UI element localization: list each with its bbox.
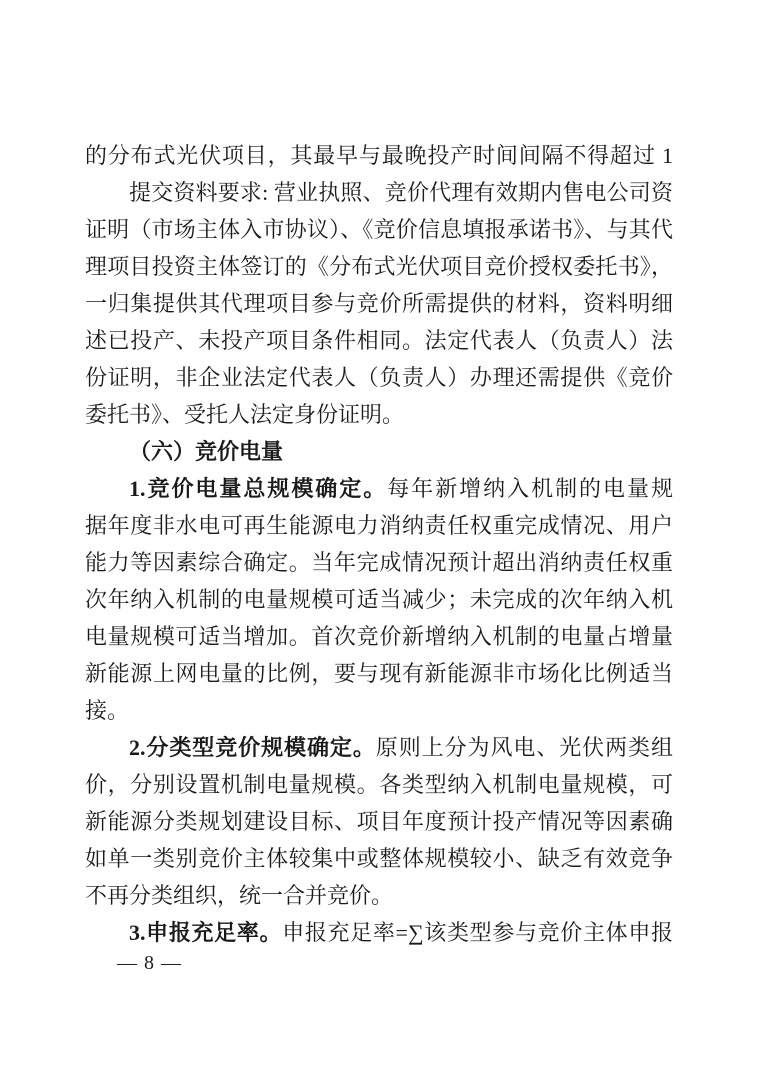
text-line: 述已投产、未投产项目条件相同。法定代表人（负责人）法定身 bbox=[85, 322, 673, 359]
text-line: （六）竞价电量 bbox=[85, 433, 673, 470]
text-line: 电量规模可适当增加。首次竞价新增纳入机制的电量占增量项目 bbox=[85, 618, 673, 655]
text-line: 3.申报充足率。申报充足率=∑该类型参与竞价主体申报机 bbox=[85, 914, 673, 951]
body-text: 据年度非水电可再生能源电力消纳责任权重完成情况、用户承受 bbox=[85, 513, 673, 544]
body-text: 述已投产、未投产项目条件相同。法定代表人（负责人）法定身 bbox=[85, 328, 673, 359]
bold-text: 1.竞价电量总规模确定。 bbox=[129, 476, 387, 501]
bold-text: 3.申报充足率。 bbox=[129, 920, 282, 945]
body-text: 如单一类别竞价主体较集中或整体规模较小、缺乏有效竞争时， bbox=[85, 846, 673, 877]
text-line: 份证明，非企业法定代表人（负责人）办理还需提供《竞价授权 bbox=[85, 359, 673, 396]
text-line: 接。 bbox=[85, 692, 673, 729]
text-line: 委托书》、受托人法定身份证明。 bbox=[85, 396, 673, 433]
text-line: 一归集提供其代理项目参与竞价所需提供的材料，资料明细与上 bbox=[85, 285, 673, 322]
bold-text: （六）竞价电量 bbox=[129, 439, 283, 464]
text-line: 1.竞价电量总规模确定。每年新增纳入机制的电量规模，根 bbox=[85, 470, 673, 507]
body-text: 提交资料要求: 营业执照、竞价代理有效期内售电公司资质 bbox=[85, 180, 673, 211]
text-line: 2.分类型竞价规模确定。原则上分为风电、光伏两类组织竞 bbox=[85, 729, 673, 766]
text-line: 据年度非水电可再生能源电力消纳责任权重完成情况、用户承受 bbox=[85, 507, 673, 544]
body-text: 委托书》、受托人法定身份证明。 bbox=[85, 402, 404, 427]
text-line: 价，分别设置机制电量规模。各类型纳入机制电量规模，可参考 bbox=[85, 766, 673, 803]
document-body: 的分布式光伏项目，其最早与最晚投产时间间隔不得超过 1 年。提交资料要求: 营业… bbox=[85, 137, 673, 951]
body-text: 份证明，非企业法定代表人（负责人）办理还需提供《竞价授权 bbox=[85, 365, 673, 396]
page-number: — 8 — bbox=[117, 952, 182, 975]
body-text: 电量规模可适当增加。首次竞价新增纳入机制的电量占增量项目 bbox=[85, 624, 673, 655]
text-line: 的分布式光伏项目，其最早与最晚投产时间间隔不得超过 1 年。 bbox=[85, 137, 673, 174]
text-line: 如单一类别竞价主体较集中或整体规模较小、缺乏有效竞争时， bbox=[85, 840, 673, 877]
body-text: 接。 bbox=[85, 698, 129, 723]
body-text: 的分布式光伏项目，其最早与最晚投产时间间隔不得超过 1 年。 bbox=[85, 143, 673, 174]
text-line: 理项目投资主体签订的《分布式光伏项目竞价授权委托书》，统 bbox=[85, 248, 673, 285]
text-line: 能力等因素综合确定。当年完成情况预计超出消纳责任权重的， bbox=[85, 544, 673, 581]
text-line: 新能源上网电量的比例，要与现有新能源非市场化比例适当衔 bbox=[85, 655, 673, 692]
body-text: 不再分类组织，统一合并竞价。 bbox=[85, 883, 393, 908]
document-page: 的分布式光伏项目，其最早与最晚投产时间间隔不得超过 1 年。提交资料要求: 营业… bbox=[0, 0, 757, 1069]
body-text: 价，分别设置机制电量规模。各类型纳入机制电量规模，可参考 bbox=[85, 772, 673, 803]
body-text: 一归集提供其代理项目参与竞价所需提供的材料，资料明细与上 bbox=[85, 291, 673, 322]
body-text: 理项目投资主体签订的《分布式光伏项目竞价授权委托书》，统 bbox=[85, 254, 673, 285]
text-line: 新能源分类规划建设目标、项目年度预计投产情况等因素确定。 bbox=[85, 803, 673, 840]
body-text: 次年纳入机制的电量规模可适当减少；未完成的次年纳入机制的 bbox=[85, 587, 673, 618]
text-line: 提交资料要求: 营业执照、竞价代理有效期内售电公司资质 bbox=[85, 174, 673, 211]
text-line: 不再分类组织，统一合并竞价。 bbox=[85, 877, 673, 914]
body-text: 新能源分类规划建设目标、项目年度预计投产情况等因素确定。 bbox=[85, 809, 673, 840]
text-line: 证明（市场主体入市协议）、《竞价信息填报承诺书》、与其代 bbox=[85, 211, 673, 248]
body-text: 证明（市场主体入市协议）、《竞价信息填报承诺书》、与其代 bbox=[85, 217, 673, 242]
bold-text: 2.分类型竞价规模确定。 bbox=[129, 735, 376, 760]
body-text: 能力等因素综合确定。当年完成情况预计超出消纳责任权重的， bbox=[85, 550, 673, 581]
body-text: 新能源上网电量的比例，要与现有新能源非市场化比例适当衔 bbox=[85, 661, 673, 692]
text-line: 次年纳入机制的电量规模可适当减少；未完成的次年纳入机制的 bbox=[85, 581, 673, 618]
